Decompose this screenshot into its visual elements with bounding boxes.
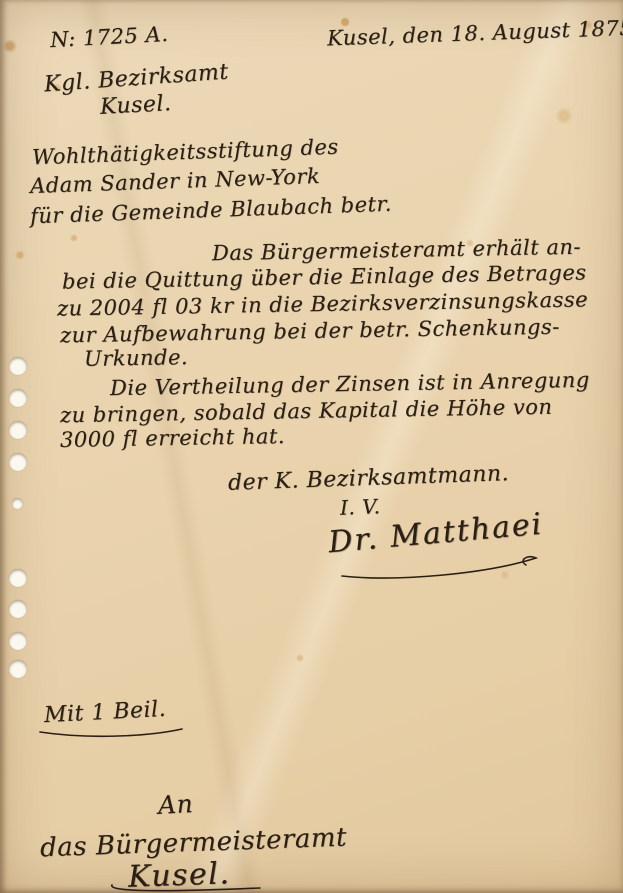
- sender-office-line2: Kusel.: [99, 91, 172, 120]
- enclosure-underline: [36, 726, 188, 742]
- body-line: 3000 fl erreicht hat.: [60, 424, 285, 452]
- body-line: Urkunde.: [84, 345, 188, 371]
- punch-hole: [9, 632, 27, 650]
- subject-line: für die Gemeinde Blaubach betr.: [30, 192, 393, 229]
- punch-hole: [9, 569, 27, 587]
- signature-flourish: [336, 552, 546, 584]
- sender-office-line1: Kgl. Bezirksamt: [43, 60, 229, 98]
- body-line: zur Aufbewahrung bei der betr. Schenkung…: [60, 315, 560, 348]
- enclosure-note: Mit 1 Beil.: [43, 697, 166, 728]
- document-page: N: 1725 A. Kusel, den 18. August 1875. K…: [0, 0, 623, 893]
- address-salutation: An: [157, 789, 194, 820]
- dateline: Kusel, den 18. August 1875.: [327, 16, 623, 51]
- subject-line: Adam Sander in New-York: [30, 164, 321, 198]
- address-underline: [106, 884, 266, 893]
- signature-office-title: der K. Bezirksamtmann.: [228, 461, 510, 496]
- punch-hole: [9, 421, 27, 439]
- punch-hole: [9, 357, 27, 375]
- reference-number: N: 1725 A.: [49, 22, 168, 52]
- punch-hole: [9, 660, 27, 678]
- punch-hole: [9, 389, 27, 407]
- punch-hole: [9, 453, 27, 471]
- signature-per-abbreviation: I. V.: [340, 494, 381, 519]
- punch-hole: [12, 498, 23, 509]
- punch-hole: [9, 600, 27, 618]
